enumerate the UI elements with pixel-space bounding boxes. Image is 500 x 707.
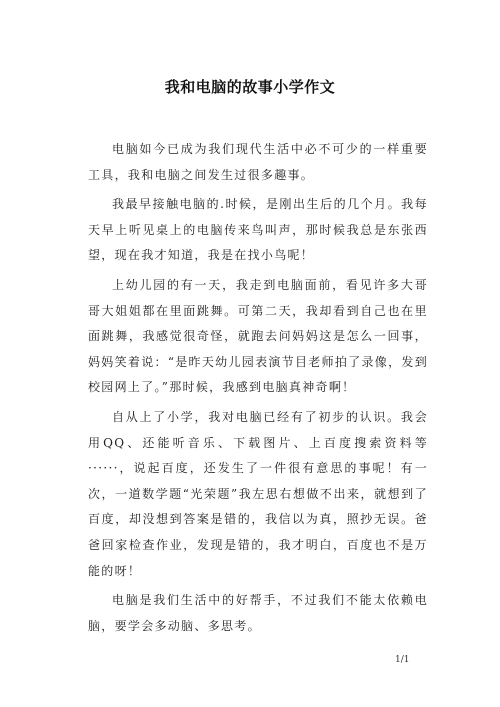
- document-title: 我和电脑的故事小学作文: [0, 76, 500, 97]
- paragraph: 电脑如今已成为我们现代生活中必不可少的一样重要工具，我和电脑之间发生过很多趣事。: [88, 137, 428, 188]
- document-body: 电脑如今已成为我们现代生活中必不可少的一样重要工具，我和电脑之间发生过很多趣事。…: [88, 137, 428, 643]
- paragraph: 上幼儿园的有一天，我走到电脑面前，看见许多大哥哥大姐姐都在里面跳舞。可第二天，我…: [88, 273, 428, 401]
- page-number: 1/1: [395, 655, 409, 665]
- paragraph: 我最早接触电脑的.时候，是刚出生后的几个月。我每天早上听见桌上的电脑传来鸟叫声，…: [88, 192, 428, 269]
- paragraph: 电脑是我们生活中的好帮手，不过我们不能太依赖电脑，要学会多动脑、多思考。: [88, 588, 428, 639]
- paragraph: 自从上了小学，我对电脑已经有了初步的认识。我会用QQ、还能听音乐、下载图片、上百…: [88, 405, 428, 584]
